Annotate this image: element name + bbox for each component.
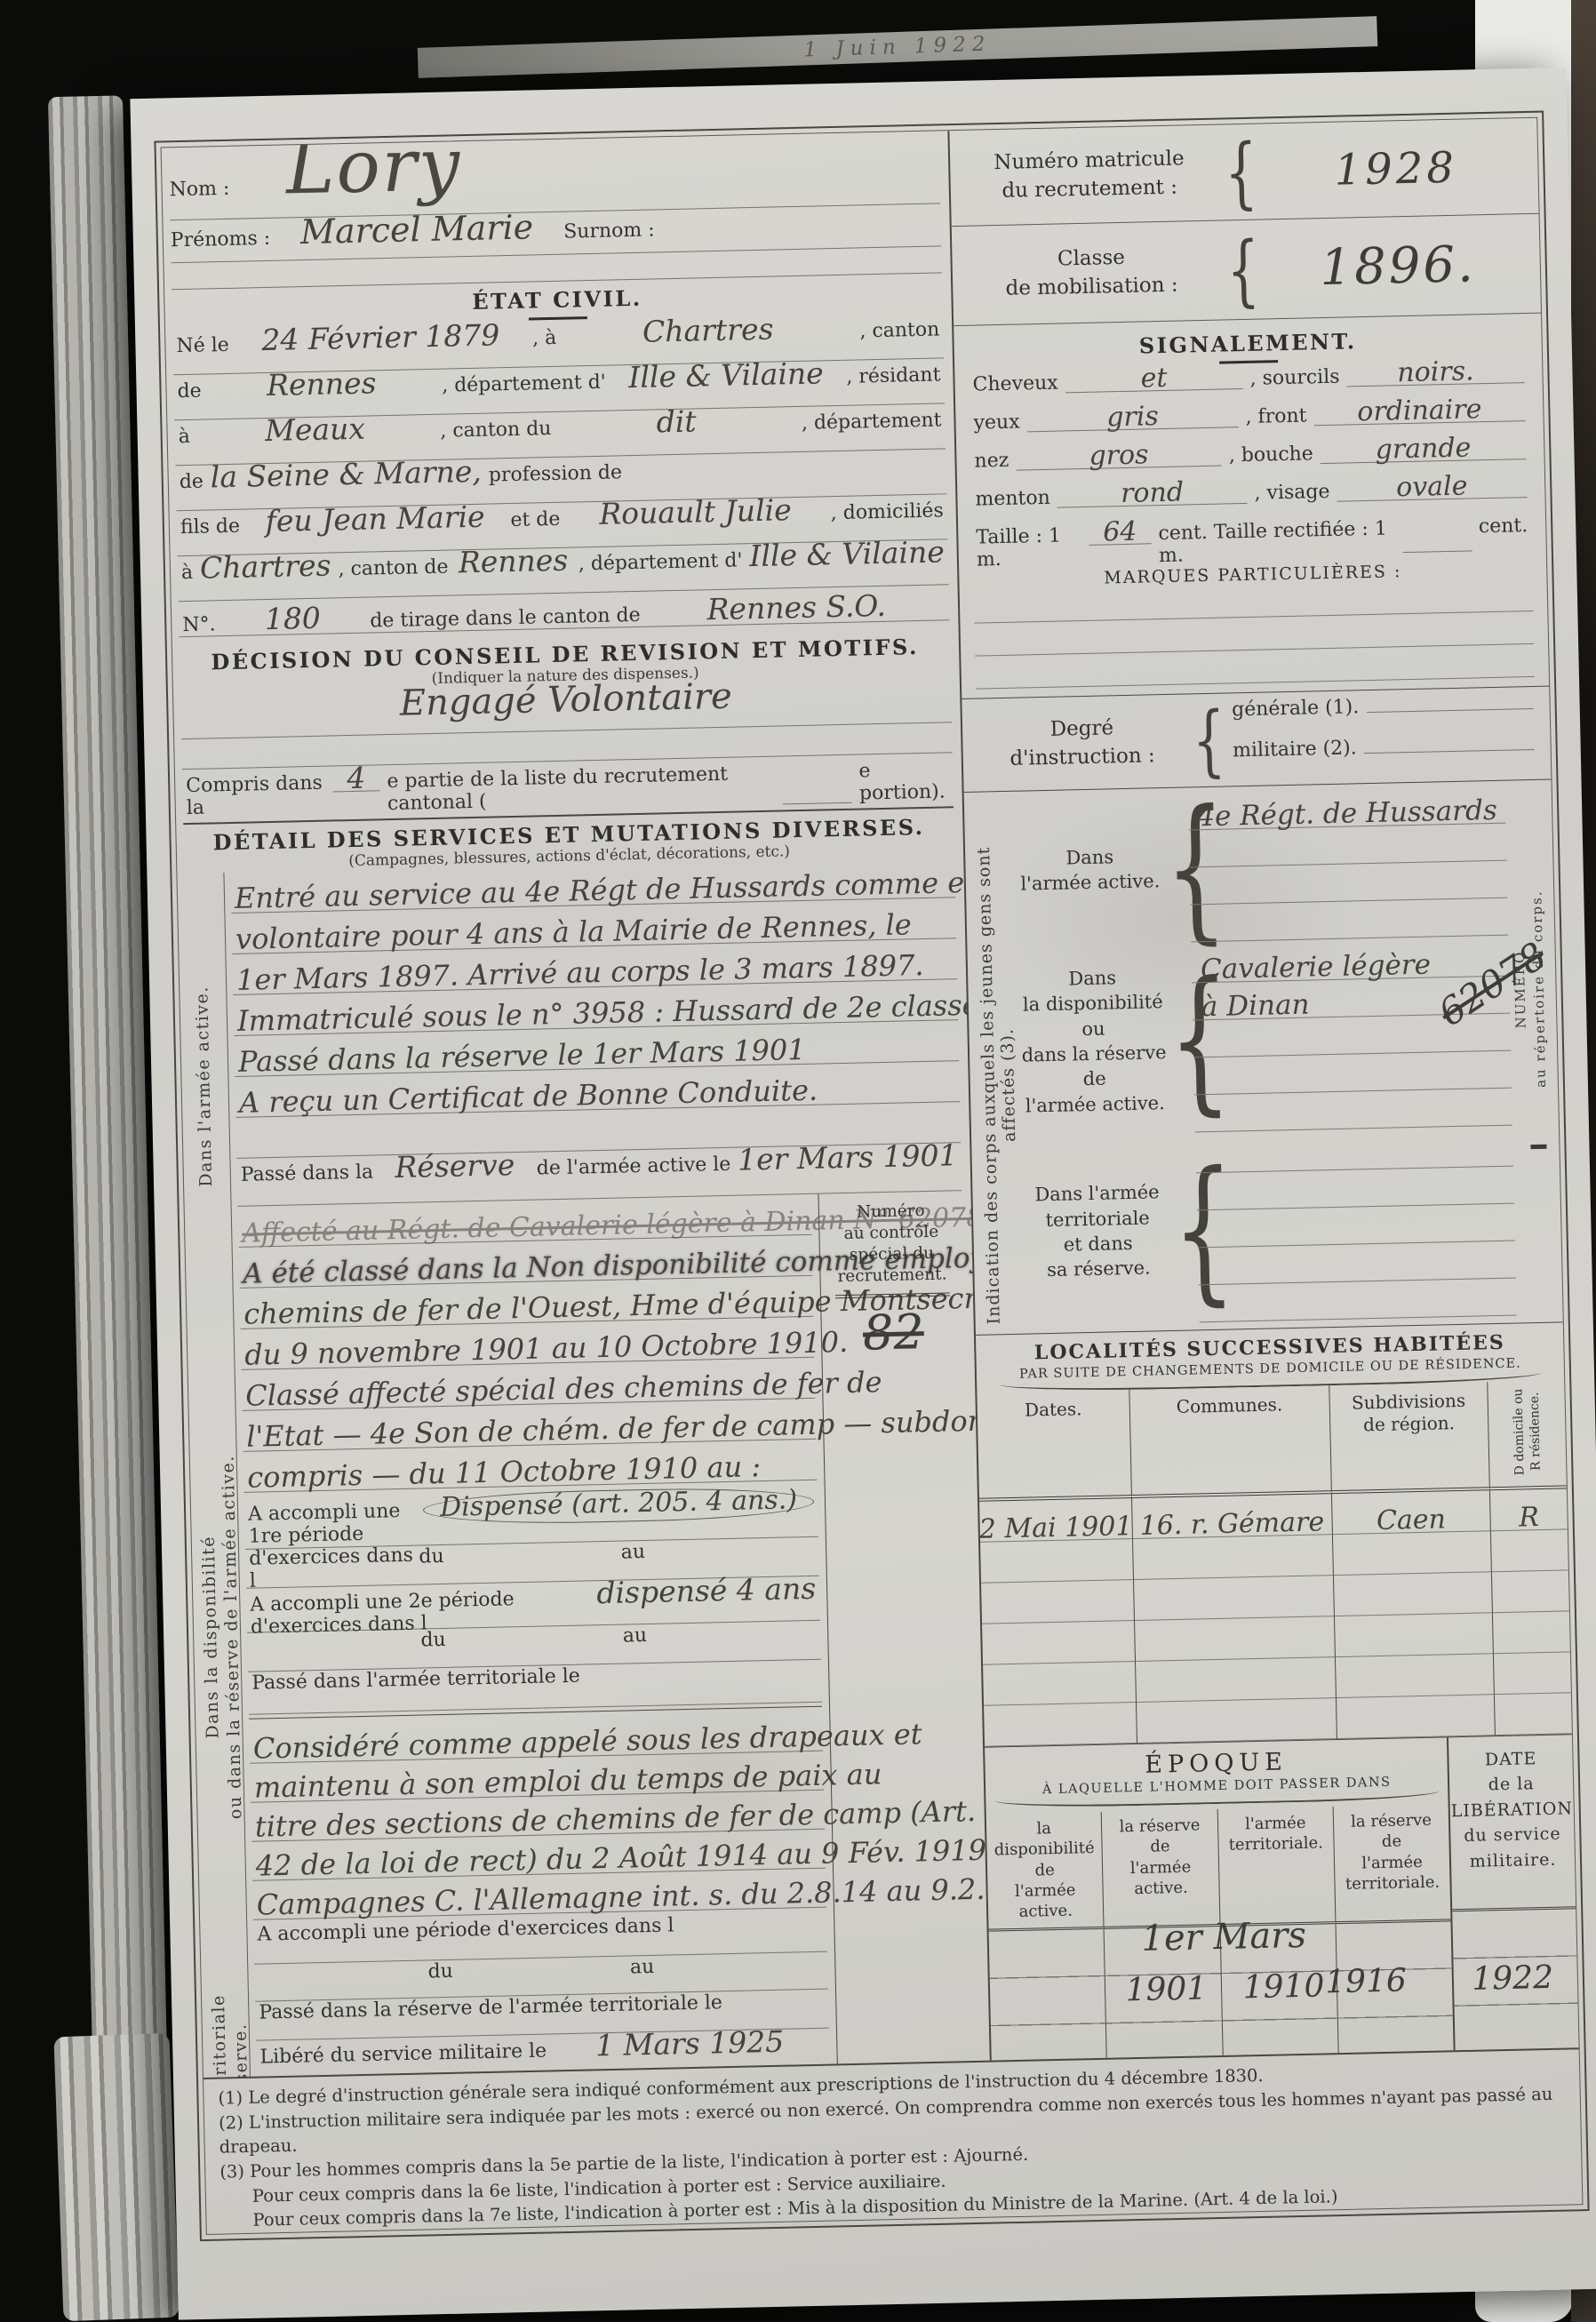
printed-label: , département d' (579, 549, 743, 575)
corps-group-label: Dans l'armée territoriale et dans sa rés… (1022, 1179, 1173, 1283)
corps-line: 4e Régt. de Hussards (1188, 786, 1506, 831)
prenoms-label: Prénoms : (171, 227, 271, 251)
printed-label: N°. (182, 613, 216, 636)
localites-cell (1337, 1695, 1496, 1739)
printed-label: du (420, 1629, 446, 1652)
corps-line (1190, 898, 1508, 943)
margin-label-armee-active: Dans l'armée active. (190, 899, 219, 1273)
handwritten-value: dit (558, 407, 794, 437)
blank-fill (730, 2007, 825, 2008)
printed-label: du (427, 1960, 453, 1983)
surnom-label: Surnom : (563, 219, 655, 243)
handwritten-value: ordinaire (1313, 397, 1526, 426)
left-column: Nom : Lory Prénoms : Marcel Marie Surnom… (162, 131, 992, 2078)
prenoms-value: Marcel Marie (277, 212, 557, 247)
printed-label: de (177, 380, 202, 403)
printed-label: cent. (1479, 515, 1528, 538)
printed-label: à (178, 426, 190, 448)
handwritten-value: noirs. (1346, 359, 1525, 387)
date-liberation-header: DATE de la LIBÉRATION du service militai… (1448, 1735, 1576, 1911)
reserve-and-following: Numéro au contrôle spécial du recrutemen… (238, 1191, 981, 2078)
corps-affectation-box: Indication des corps auxquels les jeunes… (964, 780, 1563, 1335)
localites-cell: 16. r. Gémare (1132, 1494, 1333, 1539)
handwritten-value: la Seine & Marne, (211, 459, 483, 491)
blank-fill (629, 471, 943, 478)
localites-table-body: 2 Mai 190116. r. GémareCaenR (979, 1488, 1572, 1746)
brace-glyph: { (1192, 695, 1226, 786)
handwritten-value: Réserve (380, 1153, 530, 1181)
date-stamp: 1 Juin 1922 (803, 33, 992, 62)
page-stack-bottom-corner (53, 2033, 179, 2321)
printed-label: fils de (180, 515, 241, 539)
localites-cell: Caen (1332, 1490, 1491, 1535)
col-reserve-active: la réserve de l'armée active. (1102, 1809, 1220, 1929)
printed-label: , domiciliés (831, 499, 944, 524)
footnotes: (1) Le degré d'instruction générale sera… (203, 2047, 1582, 2234)
handwritten-value: Dispensé (art. 205. 4 ans.) (423, 1486, 815, 1526)
handwritten-value: Ille & Vilaine (749, 539, 945, 569)
handwritten-value: 1er Mars 1901 (738, 1143, 958, 1172)
localites-cell (1493, 1611, 1570, 1654)
epoque-value-mars: 1er Mars (1141, 1915, 1306, 1959)
printed-label: , canton (859, 318, 939, 342)
col-territoriale: l'armée territoriale. (1217, 1807, 1336, 1927)
marques-blank-lines (974, 579, 1535, 690)
handwritten-value: Rouault Julie (567, 497, 824, 527)
handwritten-value: gris (1026, 403, 1239, 432)
localites-header-row: Dates. Communes. Subdivisions de région.… (977, 1380, 1566, 1501)
services-narrative: Entré au service au 4e Régt de Hussards … (230, 857, 961, 1159)
title-rule (528, 316, 587, 320)
handwritten-value: dispensé 4 ans (596, 1576, 816, 1606)
printed-label: Né le (176, 334, 229, 357)
localites-cell (980, 1539, 1134, 1584)
scanned-register-photo: { "stamp_top": "1 Juin 1922", "identity"… (0, 0, 1596, 2322)
localites-cell (1491, 1529, 1568, 1572)
col-header-subdivisions: Subdivisions de région. (1329, 1382, 1490, 1494)
epoque-table: ÉPOQUE À LAQUELLE L'HOMME DOIT PASSER DA… (985, 1734, 1579, 2060)
brace-glyph: { (1171, 1167, 1199, 1292)
printed-label: militaire (2). (1233, 737, 1357, 762)
blank-fill (783, 774, 853, 804)
epoque-main: ÉPOQUE À LAQUELLE L'HOMME DOIT PASSER DA… (985, 1737, 1456, 2060)
col-header-communes: Communes. (1129, 1385, 1331, 1498)
localites-cell (1133, 1535, 1334, 1580)
reserve-narrative: chemins de fer de l'Ouest, Hme d'équipe … (240, 1276, 818, 1493)
epoque-date-column: DATE de la LIBÉRATION du service militai… (1448, 1735, 1578, 2050)
handwritten-value: 180 (222, 605, 363, 633)
printed-label: , canton de (338, 556, 448, 581)
matricule-label: Numéro matricule du recrutement : (957, 145, 1222, 206)
matricule-row: Numéro matricule du recrutement : { 1928 (949, 118, 1538, 227)
controle-value: 82 (821, 1303, 965, 1361)
right-column: Numéro matricule du recrutement : { 1928… (949, 118, 1578, 2061)
blank-fill (654, 1638, 817, 1641)
degre-militaire-line: militaire (2). (1229, 733, 1538, 781)
printed-label: , bouche (1229, 443, 1314, 467)
degre-label: Degré d'instruction : (975, 712, 1190, 774)
localites-cell (1135, 1616, 1336, 1662)
col-disponibilite: la disponibilité de l'armée active. (986, 1812, 1105, 1932)
blank-fill (453, 1642, 616, 1646)
printed-label: yeux (973, 411, 1020, 435)
printed-label: de (180, 471, 204, 494)
handwritten-value: Rennes (455, 548, 571, 576)
localites-cell (984, 1703, 1137, 1747)
blank-fill (652, 1554, 815, 1558)
printed-label: menton (975, 487, 1050, 511)
surnom-blank (662, 229, 941, 235)
handwritten-value: 4 (332, 765, 380, 792)
printed-label: , résidant (846, 363, 941, 387)
blank-fill (1364, 749, 1535, 754)
handwritten-value: et (1065, 365, 1243, 393)
localites-cell (1137, 1698, 1337, 1743)
title-rule (1219, 360, 1278, 363)
handwritten-value: 1 Mars 1925 (554, 2029, 826, 2060)
handwritten-value: Meaux (196, 415, 433, 445)
decision-value: Engagé Volontaire (399, 682, 732, 719)
localites-cell (1334, 1572, 1493, 1616)
corps-line (1194, 1089, 1512, 1133)
handwritten-value: Chartres (563, 315, 853, 347)
col-reserve-territoriale: la réserve de l'armée territoriale. (1334, 1804, 1451, 1924)
classe-label: Classe de mobilisation : (959, 243, 1224, 304)
printed-label: Compris dans la (186, 772, 326, 819)
territorial-narrative: Considéré comme appelé sous les drapeaux… (249, 1712, 826, 1920)
printed-label: , canton du (440, 418, 552, 443)
printed-label: au (630, 1956, 655, 1979)
underlying-page-sliver: 1 Juin 1922 (418, 16, 1378, 78)
printed-label: au (623, 1624, 648, 1648)
localites-cell (1494, 1652, 1571, 1695)
handwritten-value: 64 (1089, 520, 1152, 545)
blank-fill (661, 1969, 824, 1973)
printed-label: , département d' (442, 371, 606, 397)
printed-label: , département (802, 409, 942, 434)
printed-label: , visage (1254, 481, 1329, 505)
repertoire-tick (1530, 1145, 1546, 1149)
degre-instruction-block: Degré d'instruction : { générale (1). mi… (962, 686, 1551, 793)
printed-label: et de (510, 508, 561, 531)
handwritten-value: 24 Février 1879 (235, 323, 525, 354)
printed-label: à (181, 562, 194, 584)
epoque-column-headers: la disponibilité de l'armée active. la r… (986, 1804, 1451, 1931)
matricule-value: 1928 (1260, 140, 1531, 196)
classe-row: Classe de mobilisation : { 1896. (952, 214, 1541, 326)
localites-cell (1492, 1570, 1569, 1613)
localites-cell: 2 Mai 1901 (979, 1498, 1133, 1543)
corps-group-lines: 4e Régt. de Hussards (1188, 786, 1509, 943)
corps-group-label: Dans la disponibilité ou dans la réserve… (1017, 964, 1170, 1119)
identity-block: Nom : Lory Prénoms : Marcel Marie Surnom… (169, 134, 942, 290)
localites-cell (1136, 1657, 1337, 1703)
blank-fill (251, 1647, 413, 1650)
blank-fill (451, 1559, 614, 1562)
territorial-section: Considéré comme appelé sous les drapeaux… (249, 1712, 830, 2078)
printed-label: , front (1245, 404, 1306, 427)
printed-label: profession de (489, 461, 623, 486)
printed-label: de l'armée active le (537, 1153, 731, 1180)
etat-civil-section: ÉTAT CIVIL. Né le24 Février 1879, àChart… (172, 278, 948, 602)
epoque-value-1910: 1910 (1242, 1967, 1324, 2006)
localites-cell (1333, 1531, 1492, 1576)
col-header-dates: Dates. (977, 1390, 1131, 1502)
handwritten-value: Ille & Vilaine (612, 361, 839, 391)
printed-label: nez (974, 450, 1009, 473)
printed-label: e portion). (858, 758, 950, 804)
localites-cell (983, 1662, 1137, 1706)
localites-cell (982, 1621, 1136, 1665)
corps-group-lines: Cavalerie légèreà Dinan 62078 (1191, 939, 1512, 1133)
blank-fill (1366, 708, 1533, 713)
services-body: Dans l'armée active. Dans la disponibili… (184, 857, 981, 2078)
nom-value: Lory (285, 147, 461, 187)
printed-label: Libéré du service militaire le (259, 2040, 547, 2069)
corps-group-lines (1195, 1129, 1516, 1323)
localites-cell (1335, 1613, 1494, 1657)
localites-cell (1134, 1576, 1335, 1621)
printed-label: au (620, 1541, 645, 1564)
localites-cell (1336, 1654, 1495, 1698)
blank-corps-line (1199, 1279, 1517, 1323)
handwritten-value: gros (1016, 443, 1222, 471)
printed-label: A accompli une 1re période d'exercices d… (248, 1500, 418, 1592)
corps-group-armee-active: Dans l'armée active. { 4e Régt. de Hussa… (1014, 786, 1509, 946)
controle-rule (835, 1293, 950, 1299)
blank-fill (587, 1677, 818, 1682)
blank-fill (259, 1978, 421, 1982)
brace-glyph: { (1225, 224, 1260, 315)
signalement-section: SIGNALEMENT. Cheveuxet, sourcilsnoirs. y… (954, 314, 1549, 690)
degre-generale-line: générale (1). (1228, 692, 1537, 740)
epoque-value-1922: 1922 (1472, 1959, 1553, 1998)
corps-group-disponibilite: Dans la disponibilité ou dans la réserve… (1017, 939, 1512, 1137)
form-outer-frame: Nom : Lory Prénoms : Marcel Marie Surnom… (154, 111, 1589, 2242)
printed-label: Taille : 1 m. (976, 524, 1082, 571)
printed-label: Cheveux (972, 372, 1058, 396)
epoque-value-1901: 1901 (1125, 1970, 1207, 2008)
handwritten-value: ovale (1337, 474, 1527, 501)
corps-group-territoriale: Dans l'armée territoriale et dans sa rés… (1021, 1129, 1516, 1327)
localites-cell: R (1490, 1488, 1568, 1531)
handwritten-value: Rennes (208, 370, 435, 400)
handwritten-value: rond (1057, 480, 1247, 507)
margin-label-disponibilite: Dans la disponibilité ou dans la réserve… (196, 1370, 246, 1904)
printed-label: de tirage dans le canton de (370, 604, 641, 633)
handwritten-value: Chartres (200, 553, 331, 580)
col-header-domicile-residence: D domicile ou R résidence. (1488, 1380, 1567, 1490)
register-page: Nom : Lory Prénoms : Marcel Marie Surnom… (130, 68, 1596, 2320)
controle-special-box: Numéro au contrôle spécial du recrutemen… (818, 1191, 980, 2071)
printed-label: générale (1). (1232, 696, 1360, 721)
printed-label: , à (532, 327, 557, 350)
brace-glyph: { (1224, 126, 1258, 218)
decision-section: DÉCISION DU CONSEIL DE REVISION ET MOTIF… (180, 633, 953, 770)
localites-cell (1495, 1693, 1572, 1736)
handwritten-value: Rennes S.O. (647, 592, 946, 623)
brace-glyph: { (1163, 805, 1191, 930)
handwritten-value: grande (1320, 435, 1526, 464)
printed-label: Passé dans la (241, 1161, 374, 1186)
classe-value: 1896. (1263, 235, 1534, 299)
brace-glyph: { (1167, 977, 1194, 1102)
printed-label: du (419, 1545, 444, 1568)
blank-fill (1402, 529, 1472, 553)
printed-label: cent. Taille rectifiée : 1 m. (1158, 517, 1396, 567)
localites-cell (981, 1580, 1135, 1624)
printed-label: e partie de la liste du recrutement cant… (387, 762, 776, 816)
corps-group-label: Dans l'armée active. (1015, 843, 1165, 897)
handwritten-value: feu Jean Marie (247, 504, 504, 534)
blank-fill (460, 1974, 623, 1977)
blank-fill (682, 1928, 824, 1931)
epoque-value-1916: 1916 (1325, 1962, 1407, 2000)
printed-label: , sourcils (1249, 366, 1339, 390)
nom-label: Nom : (169, 178, 229, 201)
localites-section: LOCALITÉS SUCCESSIVES HABITÉES PAR SUITE… (976, 1321, 1572, 1746)
